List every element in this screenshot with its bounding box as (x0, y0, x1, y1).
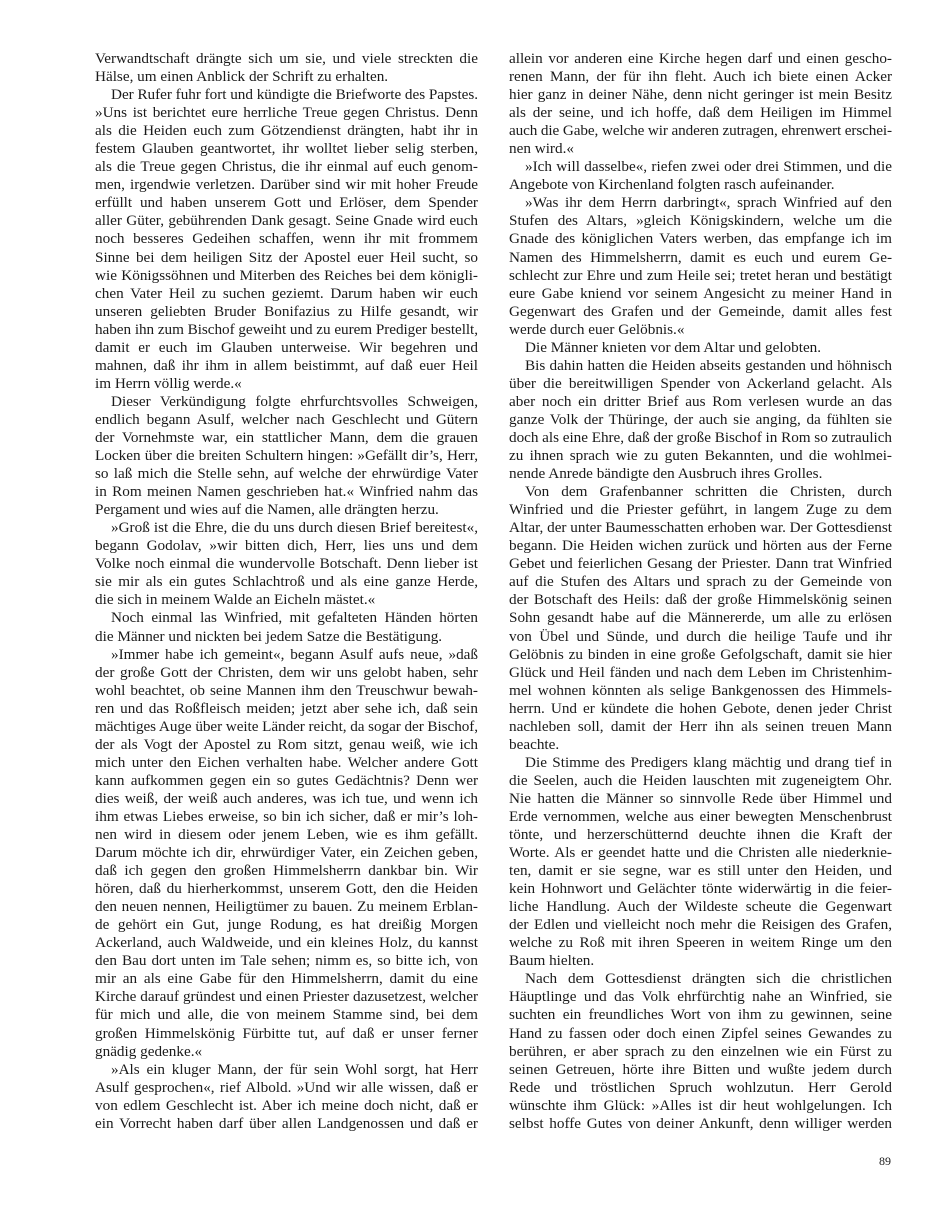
text-line: »Was ihr dem Herrn darbringt«, sprach Wi… (509, 194, 892, 212)
text-line: Häuptlinge und das Volk ehrfürchtig nahe… (509, 988, 892, 1006)
text-line: nachleben soll, damit der Herr ihn als s… (509, 718, 892, 736)
text-line: Die Männer knieten vor dem Altar und gel… (509, 339, 892, 357)
right-text-column: allein vor anderen eine Kirche hegen dar… (509, 50, 892, 1133)
text-line: im Herrn völlig werde.« (95, 375, 478, 393)
text-line: Gebet und feierlichen Gesang der Prieste… (509, 555, 892, 573)
book-page: Verwandtschaft drängte sich um sie, und … (0, 0, 935, 1210)
text-line: den neuen nennen, Heiligtümer zu bauen. … (95, 898, 478, 916)
text-line: die sich in meinem Walde an Eicheln mäst… (95, 591, 478, 609)
text-line: liche Handlung. Auch der Wildeste scheut… (509, 898, 892, 916)
text-line: der Vornehmste war, ein stattlicher Mann… (95, 429, 478, 447)
text-line: welche zu Roß mit ihren Speeren in weite… (509, 934, 892, 952)
text-line: festem Glauben geantwortet, ihr wolltet … (95, 140, 478, 158)
text-line: Gelöbnis zu binden in eine große Gefolgs… (509, 646, 892, 664)
text-line: kann aufkommen gegen ein so gutes Gedäch… (95, 772, 478, 790)
text-line: nende Anrede bändigte den Ausbruch ihres… (509, 465, 892, 483)
text-line: mahnen, daß ihr ihm in allem beistimmt, … (95, 357, 478, 375)
text-line: beachte. (509, 736, 892, 754)
text-line: schlecht zur Ehre und zum Heile sei; tre… (509, 267, 892, 285)
text-line: doch als eine Ehre, daß der große Bischo… (509, 429, 892, 447)
text-line: für mich und alle, die von meinem Stamme… (95, 1006, 478, 1024)
text-line: Stufen des Altars, »gleich Königskindern… (509, 212, 892, 230)
text-line: ten, damit er sie segne, war es still un… (509, 862, 892, 880)
text-line: de gehört ein Gut, junge Rodung, es hat … (95, 916, 478, 934)
text-line: wünschte ihm Glück: »Alles ist dir heut … (509, 1097, 892, 1115)
text-line: die Seelen, auch die Heiden lauschten mi… (509, 772, 892, 790)
text-line: wie Königssöhnen und Miterben des Reiche… (95, 267, 478, 285)
text-line: auch die Gabe, welche wir anderen zutrag… (509, 122, 892, 140)
text-line: zu ihnen sprach wie zu guten Bekannten, … (509, 447, 892, 465)
text-line: mel wohnen könnten als selige Bankgenoss… (509, 682, 892, 700)
text-line: großen Himmelskönig Fürbitte tut, auf da… (95, 1025, 478, 1043)
text-line: erfüllt und haben unserem Gott und Erlös… (95, 194, 478, 212)
text-line: Bis dahin hatten die Heiden abseits gest… (509, 357, 892, 375)
text-line: begann. Die Heiden wichen zurück und hör… (509, 537, 892, 555)
text-line: Sohn gesandt habe auf die Männererde, um… (509, 609, 892, 627)
text-line: »Uns ist berichtet eure herrliche Treue … (95, 104, 478, 122)
text-line: Verwandtschaft drängte sich um sie, und … (95, 50, 478, 68)
text-line: hier ganz in deiner Nähe, denn nicht ger… (509, 86, 892, 104)
text-line: Glück und Heil fänden und nach dem Leben… (509, 664, 892, 682)
text-line: Locken über die breiten Schultern hingen… (95, 447, 478, 465)
text-line: mir an als eine Gabe für den Himmelsherr… (95, 970, 478, 988)
text-line: sie mir als ein gutes Schlachtroß und al… (95, 573, 478, 591)
text-line: eure Gabe kniend vor seinem Angesicht zu… (509, 285, 892, 303)
text-line: chen Vater Heil zu suchen geziemt. Darum… (95, 285, 478, 303)
text-line: Angebote von Kirchenland folgten rasch a… (509, 176, 892, 194)
text-line: noch besseres Gedeihen schaffen, wenn ih… (95, 230, 478, 248)
text-line: renen Mann, der für ihn fleht. Auch ich … (509, 68, 892, 86)
text-line: Dieser Verkündigung folgte ehrfurchtsvol… (95, 393, 478, 411)
text-line: der Botschaft des Heils: daß der große H… (509, 591, 892, 609)
text-line: aller Güter, gebührenden Dank gesagt. Se… (95, 212, 478, 230)
text-line: Gegenwart des Grafen und der Gemeinde, d… (509, 303, 892, 321)
text-line: Volke noch einmal die wundervolle Botsch… (95, 555, 478, 573)
text-line: ganze Volk der Thüringe, der auch sie an… (509, 411, 892, 429)
text-line: Namen des Himmelsherrn, damit es euch un… (509, 249, 892, 267)
text-line: dies weiß, der weiß auch anderes, was ic… (95, 790, 478, 808)
text-line: haben ihn zum Bischof geweiht und zu eur… (95, 321, 478, 339)
text-line: ein Vorrecht haben darf über allen Landg… (95, 1115, 478, 1133)
text-line: »Immer habe ich gemeint«, begann Asulf a… (95, 646, 478, 664)
text-line: unseren geliebten Bruder Bonifazius zu H… (95, 303, 478, 321)
text-line: Pergament und wies auf die Namen, alle d… (95, 501, 478, 519)
text-line: ihm etwas Liebes erweise, so bin ich sic… (95, 808, 478, 826)
text-line: Die Stimme des Predigers klang mächtig u… (509, 754, 892, 772)
text-line: Von dem Grafenbanner schritten die Chris… (509, 483, 892, 501)
text-line: der große Gott der Christen, dem wir uns… (95, 664, 478, 682)
text-line: Noch einmal las Winfried, mit gefalteten… (95, 609, 478, 627)
page-number: 89 (879, 1154, 891, 1169)
text-line: tönte, und herzerschütternd deuchte ihne… (509, 826, 892, 844)
text-line: nen wird in diesem oder jenem Leben, wie… (95, 826, 478, 844)
text-line: gnädig gedenke.« (95, 1043, 478, 1061)
text-line: über die bereitwilligen Spender von Acke… (509, 375, 892, 393)
text-line: Baum hielten. (509, 952, 892, 970)
text-line: von edlem Geschlecht ist. Aber ich meine… (95, 1097, 478, 1115)
text-line: wohl beachtet, ob seine Mannen ihm den T… (95, 682, 478, 700)
text-line: als die Treue gegen Christus, die ihr ei… (95, 158, 478, 176)
text-line: die Männer und nickten bei jedem Satze d… (95, 628, 478, 646)
text-line: werde durch euer Gelöbnis.« (509, 321, 892, 339)
text-line: daß ich gegen den großen Himmelsherrn da… (95, 862, 478, 880)
text-line: suchten ein freundliches Wort von ihm zu… (509, 1006, 892, 1024)
text-line: Der Rufer fuhr fort und kündigte die Bri… (95, 86, 478, 104)
text-line: damit er euch im Glauben unterweise. Wir… (95, 339, 478, 357)
text-line: hören, daß du hierherkommst, unserem Got… (95, 880, 478, 898)
text-line: Worte. Als er geendet hatte und die Chri… (509, 844, 892, 862)
left-text-column: Verwandtschaft drängte sich um sie, und … (95, 50, 478, 1133)
text-line: mich unter den Eichen verhalten habe. We… (95, 754, 478, 772)
text-line: »Ich will dasselbe«, riefen zwei oder dr… (509, 158, 892, 176)
text-line: herrn. Und er kündete die hohen Gebote, … (509, 700, 892, 718)
text-line: so laß mich die Stelle sehn, auf welche … (95, 465, 478, 483)
text-line: den Bau dort unten im Tale sehen; nimm e… (95, 952, 478, 970)
text-line: Gnade des königlichen Vaters werben, das… (509, 230, 892, 248)
text-line: Rede und tröstlichen Spruch wohlzutun. H… (509, 1079, 892, 1097)
text-line: »Als ein kluger Mann, der für sein Wohl … (95, 1061, 478, 1079)
text-line: nen wird.« (509, 140, 892, 158)
text-line: endlich begann Asulf, welcher nach Gesch… (95, 411, 478, 429)
text-line: Asulf gesprochen«, rief Albold. »Und wir… (95, 1079, 478, 1097)
text-line: Darum möchte ich dir, ehrwürdiger Vater,… (95, 844, 478, 862)
text-line: Hand zu fassen oder doch einen Zipfel se… (509, 1025, 892, 1043)
text-line: Kirche darauf gründest und einen Prieste… (95, 988, 478, 1006)
text-line: kein Hohnwort und Gelächter tönte widerw… (509, 880, 892, 898)
text-line: selbst hoffe Gutes von deiner Ankunft, d… (509, 1115, 892, 1133)
text-line: auf die Stufen des Altars und sprach zu … (509, 573, 892, 591)
text-line: als der seine, und ich hoffe, daß dem He… (509, 104, 892, 122)
text-line: Hälse, um einen Anblick der Schrift zu e… (95, 68, 478, 86)
text-line: Nie hatten die Männer so sinnvolle Rede … (509, 790, 892, 808)
text-line: Winfried und die Priester geführt, in la… (509, 501, 892, 519)
text-line: von Übel und Sünde, und durch die heilig… (509, 628, 892, 646)
text-line: men, irgendwie verletzen. Darüber sind w… (95, 176, 478, 194)
text-line: Altar, der unter Baumesschatten erhoben … (509, 519, 892, 537)
text-line: mächtiges Auge über weite Länder reicht,… (95, 718, 478, 736)
text-line: allein vor anderen eine Kirche hegen dar… (509, 50, 892, 68)
text-line: Ackerland, auch Waldweide, und ein klein… (95, 934, 478, 952)
text-line: als die Heiden euch zum Götzendienst drä… (95, 122, 478, 140)
text-line: aber noch ein dritter Brief aus Rom verl… (509, 393, 892, 411)
text-line: in Rom meinen Namen geschrieben hat.« Wi… (95, 483, 478, 501)
text-line: berühren, er aber sprach zu den einzelne… (509, 1043, 892, 1061)
text-line: Sinne bei dem heiligen Sitz der Apostel … (95, 249, 478, 267)
text-line: der als Vogt der Apostel zu Rom sitzt, g… (95, 736, 478, 754)
text-line: Erde vernommen, welche aus einer bewegte… (509, 808, 892, 826)
text-line: Nach dem Gottesdienst drängten sich die … (509, 970, 892, 988)
text-line: ren und das Roßfleisch meiden; jetzt abe… (95, 700, 478, 718)
text-line: »Groß ist die Ehre, die du uns durch die… (95, 519, 478, 537)
text-line: begann Godolav, »wir bitten dich, Herr, … (95, 537, 478, 555)
text-line: seinen Getreuen, hörte ihre Bitten und w… (509, 1061, 892, 1079)
text-line: der Edlen und vielleicht noch mehr die R… (509, 916, 892, 934)
